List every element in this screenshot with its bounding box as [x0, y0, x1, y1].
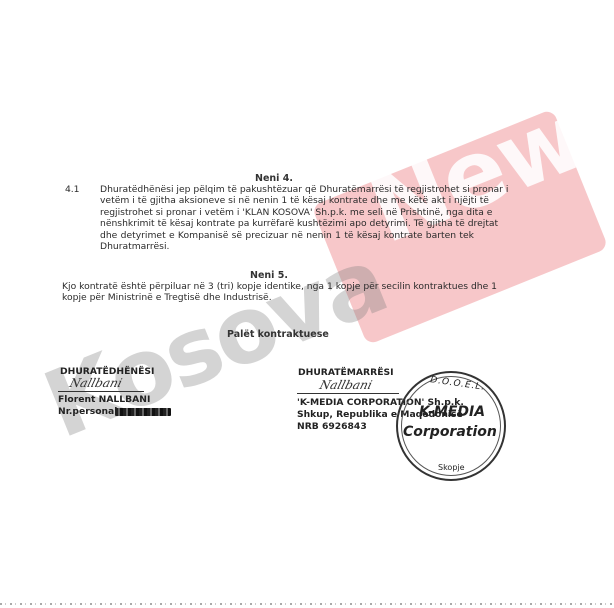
- redacted-id: [115, 408, 171, 416]
- stamp-company-name: K-MEDIA: [419, 404, 485, 420]
- scan-edge-noise: [0, 603, 614, 605]
- donor-name: Florent NALLBANI: [58, 394, 150, 405]
- recipient-role-label: DHURATËMARRËSI: [298, 367, 394, 378]
- article-5-line: kopje për Ministrinë e Tregtisë dhe Indu…: [62, 292, 470, 303]
- article-4-line: regjistrohet si pronar i vetëm i 'KLAN K…: [100, 207, 474, 218]
- recipient-signature: Nallbani: [318, 378, 373, 392]
- article-5-paragraph: Kjo kontratë është përpiluar në 3 (tri) …: [62, 281, 470, 304]
- stamp-company-sub: Corporation: [403, 424, 497, 440]
- document-page: News Kosova Neni 4. 4.1 Dhuratëdhënësi j…: [0, 0, 614, 608]
- stamp-city: Skopje: [438, 463, 465, 472]
- donor-signature: Nallbani: [68, 376, 123, 390]
- article-4-line: dhe detyrimet e Kompanisë së precizuar n…: [100, 230, 474, 241]
- recipient-nrb: NRB 6926843: [297, 421, 367, 432]
- donor-id-label: Nr.personal: [58, 406, 117, 417]
- article-4-line: Dhuratmarrësi.: [100, 241, 474, 252]
- recipient-signature-line: [297, 393, 399, 394]
- article-4-line: vetëm i të gjitha aksioneve si në nenin …: [100, 195, 474, 206]
- article-4-heading: Neni 4.: [255, 173, 293, 184]
- donor-signature-line: [58, 391, 144, 392]
- article-4-line: nënshkrimit të kësaj kontrate pa kurrëfa…: [100, 218, 474, 229]
- article-4-number: 4.1: [65, 184, 79, 195]
- parties-heading: Palët kontraktuese: [227, 329, 329, 340]
- article-4-line: Dhuratëdhënësi jep pëlqim të pakushtëzua…: [100, 184, 474, 195]
- article-5-heading: Neni 5.: [250, 270, 288, 281]
- article-5-line: Kjo kontratë është përpiluar në 3 (tri) …: [62, 281, 470, 292]
- article-4-paragraph: Dhuratëdhënësi jep pëlqim të pakushtëzua…: [100, 184, 474, 252]
